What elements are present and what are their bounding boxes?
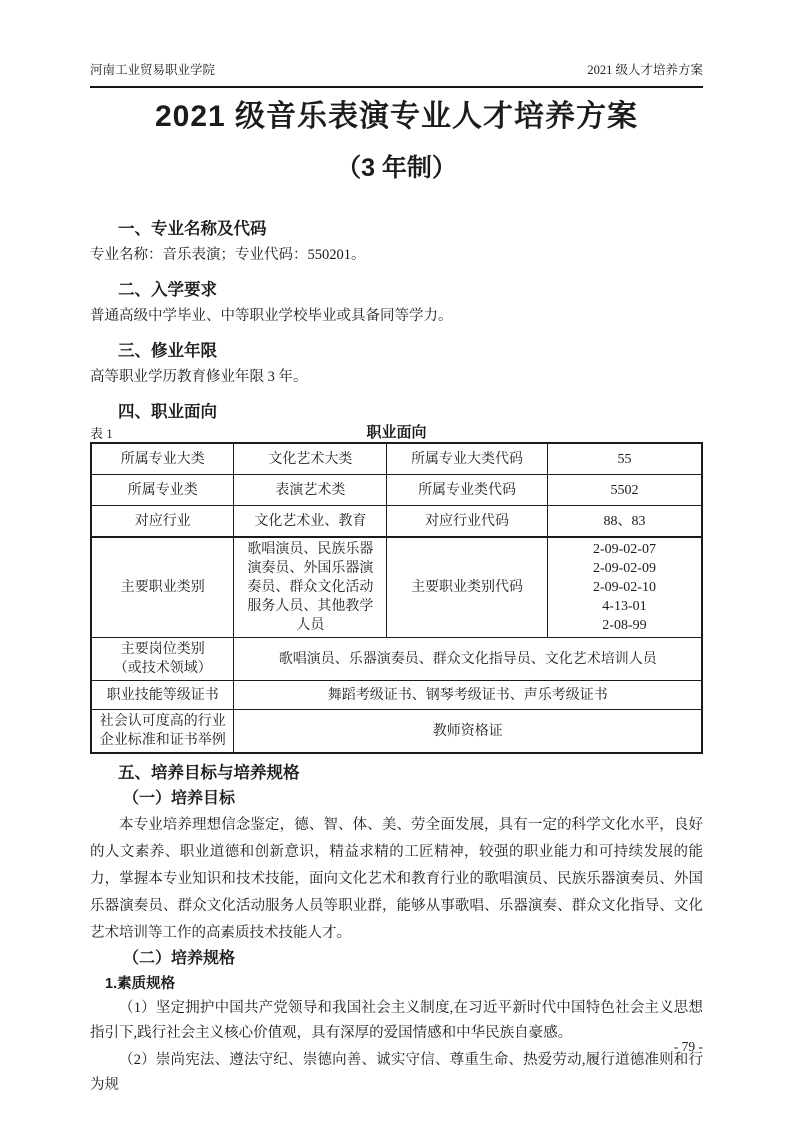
cell-value: 歌唱演员、乐器演奏员、群众文化指导员、文化艺术培训人员	[234, 638, 702, 681]
cell-label: 对应行业	[91, 506, 234, 538]
section-2-heading: 二、入学要求	[118, 279, 703, 301]
document-title: 2021 级音乐表演专业人才培养方案	[90, 98, 703, 136]
cell-code-label: 主要职业类别代码	[387, 537, 548, 638]
cell-value: 文化艺术大类	[234, 443, 387, 475]
cell-label: 所属专业大类	[91, 443, 234, 475]
section-3-heading: 三、修业年限	[118, 340, 703, 362]
cell-code: 5502	[547, 475, 702, 506]
document-subtitle: （3 年制）	[90, 152, 703, 184]
table-caption: 职业面向	[90, 424, 703, 442]
cell-value: 文化艺术业、教育	[234, 506, 387, 538]
subsection-training-spec-heading: （二）培养规格	[123, 947, 703, 970]
table-row-major-category: 所属专业大类 文化艺术大类 所属专业大类代码 55	[91, 443, 702, 475]
cell-code: 88、83	[547, 506, 702, 538]
cell-value: 舞蹈考级证书、钢琴考级证书、声乐考级证书	[234, 681, 702, 710]
table-number-label: 表 1	[90, 426, 113, 442]
table-row-occupation-category: 主要职业类别 歌唱演员、民族乐器演奏员、外国乐器演奏员、群众文化活动服务人员、其…	[91, 537, 702, 638]
table-row-industry: 对应行业 文化艺术业、教育 对应行业代码 88、83	[91, 506, 702, 538]
cell-label: 主要岗位类别 （或技术领域）	[91, 638, 234, 681]
quality-spec-item-1: （1）坚定拥护中国共产党领导和我国社会主义制度,在习近平新时代中国特色社会主义思…	[90, 996, 703, 1046]
table-row-category: 所属专业类 表演艺术类 所属专业类代码 5502	[91, 475, 702, 506]
cell-code-label: 所属专业大类代码	[387, 443, 548, 475]
quality-spec-item-2: （2）崇尚宪法、遵法守纪、崇德向善、诚实守信、尊重生命、热爱劳动,履行道德准则和…	[90, 1048, 703, 1098]
quality-spec-heading: 1.素质规格	[105, 974, 703, 994]
table-caption-row: 表 1 职业面向	[90, 424, 703, 442]
page-number: - 79 -	[674, 1038, 703, 1056]
section-2-body: 普通高级中学毕业、中等职业学校毕业或具备同等学力。	[90, 304, 703, 328]
cell-label: 社会认可度高的行业 企业标准和证书举例	[91, 710, 234, 754]
cell-label: 职业技能等级证书	[91, 681, 234, 710]
cell-label: 主要职业类别	[91, 537, 234, 638]
section-1-body: 专业名称：音乐表演；专业代码：550201。	[90, 243, 703, 267]
cell-value: 歌唱演员、民族乐器演奏员、外国乐器演奏员、群众文化活动服务人员、其他教学人员	[234, 537, 387, 638]
cell-code-label: 所属专业类代码	[387, 475, 548, 506]
header-school-name: 河南工业贸易职业学院	[90, 62, 215, 79]
cell-code: 55	[547, 443, 702, 475]
table-row-post-category: 主要岗位类别 （或技术领域） 歌唱演员、乐器演奏员、群众文化指导员、文化艺术培训…	[91, 638, 702, 681]
cell-code-list: 2-09-02-07 2-09-02-09 2-09-02-10 4-13-01…	[547, 537, 702, 638]
header-doc-name: 2021 级人才培养方案	[587, 62, 703, 79]
training-objective-paragraph: 本专业培养理想信念鉴定，德、智、体、美、劳全面发展，具有一定的科学文化水平，良好…	[90, 812, 703, 947]
section-4-heading: 四、职业面向	[118, 401, 703, 423]
table-row-industry-certificates: 社会认可度高的行业 企业标准和证书举例 教师资格证	[91, 710, 702, 754]
cell-value: 教师资格证	[234, 710, 702, 754]
section-5-heading: 五、培养目标与培养规格	[118, 762, 703, 784]
section-1-heading: 一、专业名称及代码	[118, 218, 703, 240]
section-3-body: 高等职业学历教育修业年限 3 年。	[90, 365, 703, 389]
cell-label: 所属专业类	[91, 475, 234, 506]
table-row-skill-certificates: 职业技能等级证书 舞蹈考级证书、钢琴考级证书、声乐考级证书	[91, 681, 702, 710]
cell-code-label: 对应行业代码	[387, 506, 548, 538]
running-header: 河南工业贸易职业学院 2021 级人才培养方案	[90, 62, 703, 88]
subsection-training-objective-heading: （一）培养目标	[123, 787, 703, 810]
page-content: 河南工业贸易职业学院 2021 级人才培养方案 2021 级音乐表演专业人才培养…	[0, 0, 793, 1098]
cell-value: 表演艺术类	[234, 475, 387, 506]
career-orientation-table: 所属专业大类 文化艺术大类 所属专业大类代码 55 所属专业类 表演艺术类 所属…	[90, 442, 703, 754]
document-page: 河南工业贸易职业学院 2021 级人才培养方案 2021 级音乐表演专业人才培养…	[0, 0, 793, 1122]
